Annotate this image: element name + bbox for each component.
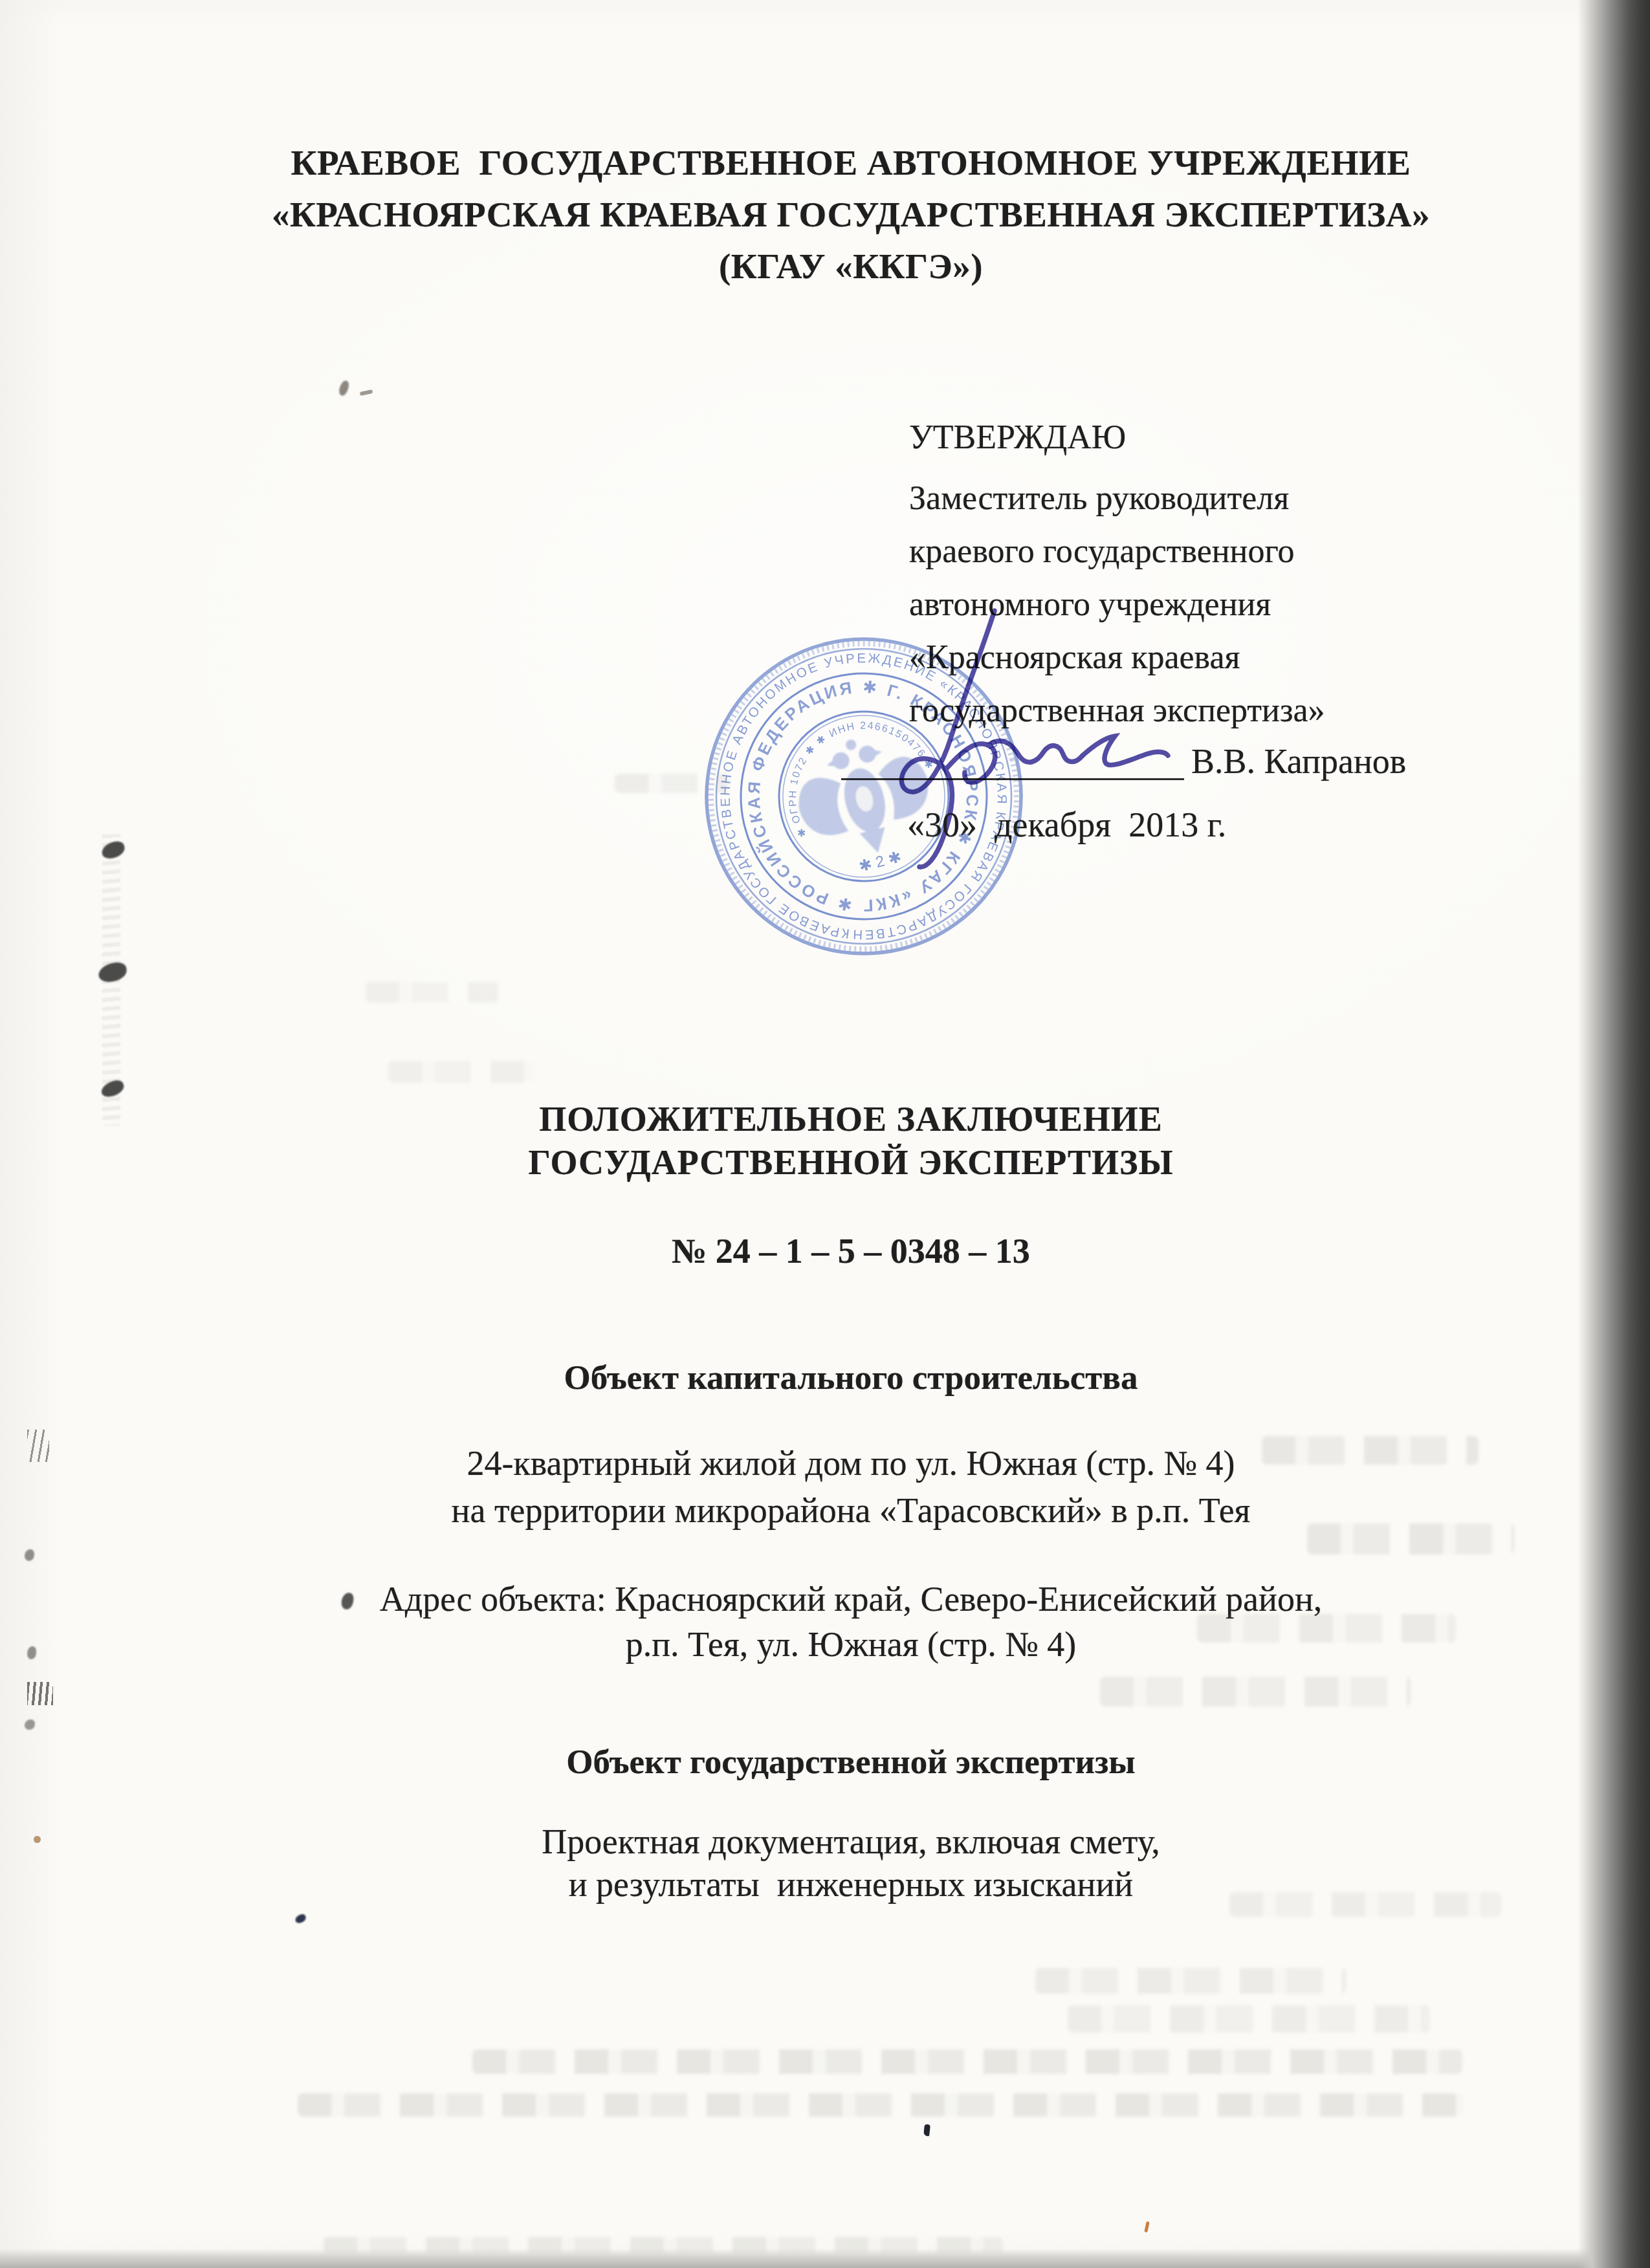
bleed-through-smudge	[1100, 1677, 1411, 1706]
ink-speck	[1144, 2221, 1149, 2233]
bleed-through-smudge	[1197, 1614, 1456, 1642]
organization-header: КРАЕВОЕ ГОСУДАРСТВЕННОЕ АВТОНОМНОЕ УЧРЕЖ…	[97, 137, 1605, 292]
bleed-through-smudge	[298, 2093, 1462, 2117]
bleed-through-smudge	[1307, 1523, 1514, 1554]
title-line1: ПОЛОЖИТЕЛЬНОЕ ЗАКЛЮЧЕНИЕ	[97, 1098, 1605, 1141]
scan-bottom-shadow	[0, 2249, 1650, 2268]
margin-scratch	[27, 1682, 53, 1705]
approver-title-line: краевого государственного	[909, 525, 1325, 578]
org-name-line2: «КРАСНОЯРСКАЯ КРАЕВАЯ ГОСУДАРСТВЕННАЯ ЭК…	[97, 189, 1605, 241]
scanned-document-page: КРАЕВОЕ ГОСУДАРСТВЕННОЕ АВТОНОМНОЕ УЧРЕЖ…	[0, 0, 1650, 2268]
section-heading-expertise-object: Объект государственной экспертизы	[97, 1743, 1605, 1782]
approval-label: УТВЕРЖДАЮ	[909, 411, 1325, 464]
ink-speck	[25, 1719, 35, 1730]
bleed-through-smudge	[472, 2049, 1462, 2074]
section-heading-capital-object: Объект капитального строительства	[97, 1358, 1605, 1397]
ink-speck	[27, 1646, 36, 1659]
approver-name: В.В. Капранов	[1191, 741, 1406, 781]
approval-date: «30» декабря 2013 г.	[907, 805, 1226, 845]
bleed-through-smudge	[366, 982, 498, 1003]
ink-speck	[34, 1836, 41, 1843]
ink-speck	[25, 1549, 34, 1561]
approver-title-line: Заместитель руководителя	[909, 472, 1325, 525]
document-title: ПОЛОЖИТЕЛЬНОЕ ЗАКЛЮЧЕНИЕ ГОСУДАРСТВЕННОЙ…	[97, 1098, 1605, 1184]
bleed-through-smudge	[1068, 2005, 1430, 2033]
org-name-line1: КРАЕВОЕ ГОСУДАРСТВЕННОЕ АВТОНОМНОЕ УЧРЕЖ…	[97, 137, 1605, 189]
ink-speck	[338, 380, 349, 397]
ink-speck	[294, 1913, 307, 1924]
bleed-through-smudge	[1035, 1968, 1346, 1994]
expertise-line1: Проектная документация, включая смету,	[97, 1820, 1605, 1863]
title-line2: ГОСУДАРСТВЕННОЙ ЭКСПЕРТИЗЫ	[97, 1141, 1605, 1184]
bleed-through-smudge	[1262, 1436, 1479, 1465]
bleed-through-smudge	[388, 1061, 534, 1083]
org-abbreviation: (КГАУ «ККГЭ»)	[97, 241, 1605, 292]
bleed-through-smudge	[1229, 1892, 1501, 1917]
margin-scratch	[27, 1430, 49, 1462]
conclusion-number: № 24 – 1 – 5 – 0348 – 13	[97, 1231, 1605, 1271]
scan-right-edge-band	[1578, 0, 1650, 2268]
ink-speck	[923, 2124, 930, 2137]
ink-speck	[360, 389, 373, 396]
